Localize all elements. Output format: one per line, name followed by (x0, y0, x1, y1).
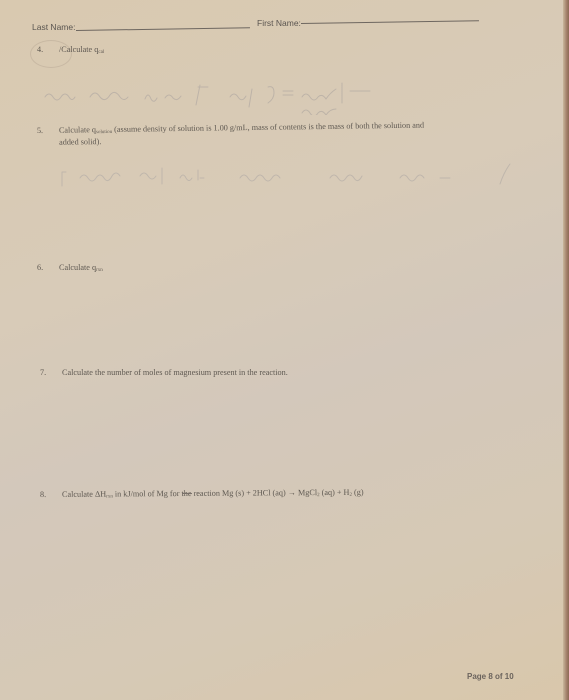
question-text: /Calculate q (59, 45, 98, 54)
reaction-equation-mid: (aq) + H (320, 488, 350, 497)
question-number: 4. (37, 45, 59, 54)
reaction-equation-end: (g) (352, 488, 364, 497)
question-text: Calculate q (59, 263, 96, 272)
question-text-middle: in kJ/mol of Mg for (113, 489, 182, 498)
page-number: Page 8 of 10 (467, 672, 514, 681)
question-4: 4./Calculate qcal (37, 45, 104, 55)
question-text: Calculate q (59, 125, 96, 135)
question-5: 5.Calculate qsolution (assume density of… (37, 121, 424, 147)
reaction-equation: reaction Mg (s) + 2HCl (aq) → MgCl (191, 488, 317, 498)
question-number: 6. (37, 263, 59, 272)
last-name-field[interactable] (76, 27, 250, 31)
first-name-label: First Name: (257, 18, 301, 28)
pencil-handwriting-answer-4 (40, 75, 430, 115)
paper-edge (563, 0, 569, 700)
scribbled-word: the (181, 489, 191, 498)
question-6: 6.Calculate qrxn (37, 263, 103, 273)
question-text-rest: (assume density of solution is 1.00 g/mL… (112, 121, 424, 134)
question-7: 7.Calculate the number of moles of magne… (40, 368, 288, 377)
question-subscript: solution (96, 130, 112, 135)
question-number: 5. (37, 126, 59, 135)
question-subscript: cal (98, 50, 104, 55)
question-number: 8. (40, 490, 62, 499)
question-8: 8.Calculate ΔHrxn in kJ/mol of Mg for th… (40, 488, 364, 500)
last-name-label: Last Name: (32, 22, 75, 32)
question-text: Calculate ΔH (62, 490, 106, 499)
question-subscript: rxn (96, 268, 103, 273)
pencil-handwriting-answer-5 (50, 160, 520, 190)
question-text: Calculate the number of moles of magnesi… (62, 368, 288, 377)
first-name-field[interactable] (301, 20, 479, 24)
question-number: 7. (40, 368, 62, 377)
